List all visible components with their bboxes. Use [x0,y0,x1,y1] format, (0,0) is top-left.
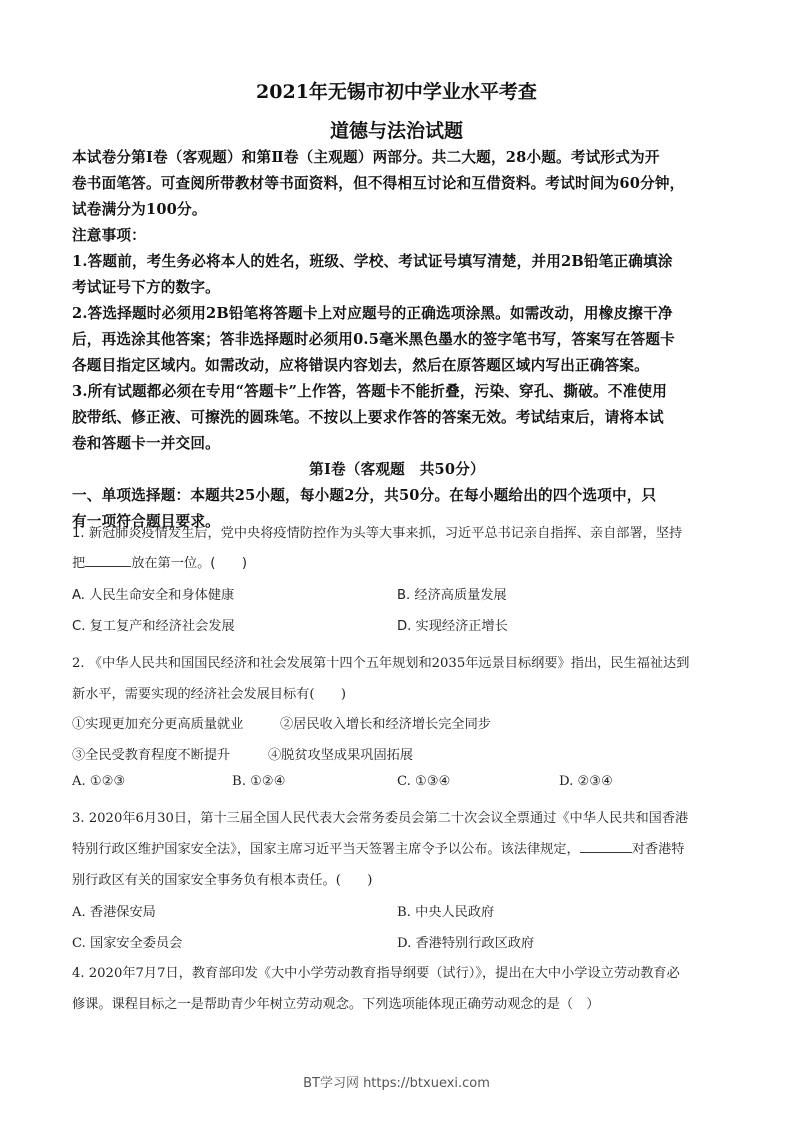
note-line: 卷和答题卡一并交回。 [72,431,722,457]
question-text: 修课。课程目标之一是帮助青少年树立劳动观念。下列选项能体现正确劳动观念的是（ ） [72,993,600,1012]
question-text: 4. 2020年7月7日，教育部印发《大中小学劳动教育指导纲要（试行）》，提出在… [72,962,680,981]
option-b: B. 经济高质量发展 [397,584,507,603]
option-d: D. 实现经济正增长 [397,615,508,634]
answer-blank [580,840,632,853]
option-c: C. 国家安全委员会 [72,932,182,951]
option-d: D. 香港特别行政区政府 [397,932,534,951]
option-a: A. 香港保安局 [72,901,156,920]
intro-paragraph: 本试卷分第Ⅰ卷（客观题）和第Ⅱ卷（主观题）两部分。共二大题，28小题。考试形式为… [72,145,722,535]
option-a: A. 人民生命安全和身体健康 [72,584,234,603]
question-text: 别行政区有关的国家安全事务负有根本责任。( ) [72,869,372,888]
option-b: B. 中央人民政府 [397,901,494,920]
exam-page: 2021年无锡市初中学业水平考查 道德与法治试题 本试卷分第Ⅰ卷（客观题）和第Ⅱ… [0,0,793,1122]
note-line: 1.答题前，考生务必将本人的姓名，班级、学校、考试证号填写清楚，并用2B铅笔正确… [72,249,722,275]
note-line: 考试证号下方的数字。 [72,275,722,301]
section-instruction: 一、单项选择题：本题共25小题，每小题2分，共50分。在每小题给出的四个选项中，… [72,483,722,509]
intro-line: 本试卷分第Ⅰ卷（客观题）和第Ⅱ卷（主观题）两部分。共二大题，28小题。考试形式为… [72,145,722,171]
footer-watermark: BT学习网 https://btxuexi.com [0,1072,793,1091]
answer-blank [85,554,131,567]
exam-subtitle: 道德与法治试题 [0,116,793,143]
note-line: 2.答选择题时必须用2B铅笔将答题卡上对应题号的正确选项涂黑。如需改动，用橡皮擦… [72,301,722,327]
note-line: 3.所有试题都必须在专用“答题卡”上作答，答题卡不能折叠，污染、穿孔、撕破。不准… [72,379,722,405]
question-text: 新水平，需要实现的经济社会发展目标有( ) [72,683,346,702]
question-text: 2. 《中华人民共和国国民经济和社会发展第十四个五年规划和2035年远景目标纲要… [72,652,689,671]
question-text-suffix: 放在第一位。( ) [131,556,247,571]
statement-4: ④脱贫攻坚成果巩固拓展 [268,744,413,763]
question-text-prefix: 把 [72,556,85,571]
option-a: A. ①②③ [72,774,125,789]
option-c: C. ①③④ [397,774,450,789]
intro-line: 卷书面笔答。可查阅所带教材等书面资料，但不得相互讨论和互借资料。考试时间为60分… [72,171,722,197]
question-text: 3. 2020年6月30日，第十三届全国人民代表大会常务委员会第二十次会议全票通… [72,807,688,826]
statement-3: ③全民受教育程度不断提升 [72,744,230,763]
question-text: 把放在第一位。( ) [72,552,247,571]
note-line: 各题目指定区域内。如需改动，应将错误内容划去，然后在原答题区域内写出正确答案。 [72,353,722,379]
exam-title: 2021年无锡市初中学业水平考查 [0,77,793,104]
notes-heading: 注意事项： [72,223,722,249]
statement-1: ①实现更加充分更高质量就业 [72,713,243,732]
option-b: B. ①②④ [232,774,286,789]
note-line: 胶带纸、修正液、可擦洗的圆珠笔。不按以上要求作答的答案无效。考试结束后，请将本试 [72,405,722,431]
question-text-prefix: 特别行政区维护国家安全法》，国家主席习近平当天签署主席令予以公布。该法律规定， [72,842,580,857]
statement-2: ②居民收入增长和经济增长完全同步 [280,713,491,732]
option-c: C. 复工复产和经济社会发展 [72,615,235,634]
question-text: 1. 新冠肺炎疫情发生后，党中央将疫情防控作为头等大事来抓，习近平总书记亲自指挥… [72,522,682,541]
note-line: 后，再选涂其他答案；答非选择题时必须用0.5毫米黑色墨水的签字笔书写，答案写在答… [72,327,722,353]
question-text-suffix: 对香港特 [632,842,685,857]
option-d: D. ②③④ [559,774,613,789]
question-text: 特别行政区维护国家安全法》，国家主席习近平当天签署主席令予以公布。该法律规定，对… [72,838,684,857]
intro-line: 试卷满分为100分。 [72,197,722,223]
section-heading: 第Ⅰ卷（客观题 共50分） [72,457,722,483]
